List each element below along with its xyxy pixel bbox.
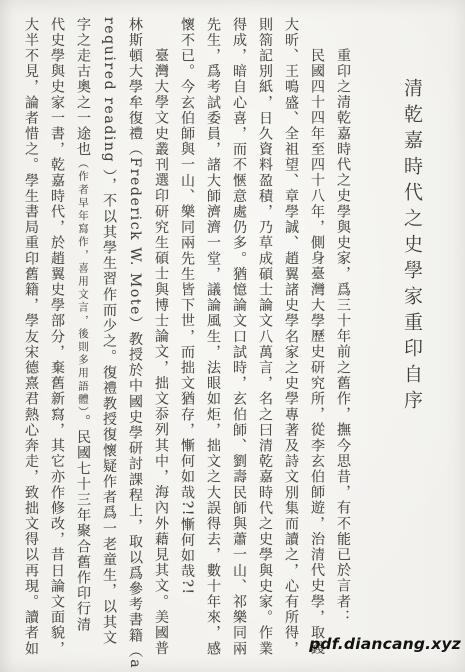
column-text: 得成，暗自心喜，而不愜意處仍多。猶憶論文口試時，玄伯師、劉壽民師與蕭一山、祁樂同… (231, 17, 247, 657)
text-column: 代史學與史家一書，乾嘉時代，於趙翼史學部分，棄舊新寫，其它亦作修改，昔日論文面貌… (44, 17, 70, 672)
column-text: 先生，爲考試委員，諸大師濟濟一堂，議論風生，法眼如炬，拙文之大誤得去，數十年來，… (205, 17, 221, 657)
text-column: 大半不見，論者惜之。學生書局重印舊籍，學友宋德熹君熱心奔走，致拙文得以再現。讀者… (18, 17, 44, 672)
column-text: 。民國七十三年聚合舊作印行清 (75, 414, 91, 632)
text-column: 懷不已。今玄伯師與一山、樂同兩先生皆下世，而拙文猶存，慚何如哉?!慚何如哉?! (174, 17, 200, 672)
column-text: 大半不見，論者惜之。學生書局重印舊籍，學友宋德熹君熱心奔走，致拙文得以再現。讀者… (23, 17, 39, 657)
column-text: 字之走古奧之一途也 (75, 17, 91, 157)
text-column: 林斯頓大學牟復禮（Frederick W. Mote）教授於中國史學研討課程上，… (122, 17, 148, 672)
watermark-text: pdf.diancang.xyz (309, 635, 461, 653)
inline-annotation: （作者早年寫作，喜用文言，後則多用語體） (77, 157, 89, 414)
column-text: 臺灣大學文史叢刊選印研究生碩士與博士論文，拙文忝列其中，海內外藉見其文。美國普 (153, 48, 169, 656)
text-column: 臺灣大學文史叢刊選印研究生碩士與博士論文，拙文忝列其中，海內外藉見其文。美國普 (148, 17, 174, 672)
text-column: 先生，爲考試委員，諸大師濟濟一堂，議論風生，法眼如炬，拙文之大誤得去，數十年來，… (200, 17, 226, 672)
column-text: 重印之清乾嘉時代之史學與史家，爲三十年前之舊作，撫今思昔，有不能已於言者： (335, 48, 351, 625)
column-text: required reading ），不以其學生習作而少之。復禮教授復懷疑作者爲… (101, 17, 117, 646)
text-column: 民國四十四年至四十八年，側身臺灣大學歷史研究所，從李玄伯師遊，治清代史學，取錢 (304, 17, 330, 672)
column-text: 大昕、王鳴盛、全祖望、章學誠、趙翼諸史學名家之史學專著及詩文別集而讀之，心有所得… (283, 17, 299, 657)
text-column: 重印之清乾嘉時代之史學與史家，爲三十年前之舊作，撫今思昔，有不能已於言者： (330, 17, 356, 672)
text-column: 得成，暗自心喜，而不愜意處仍多。猶憶論文口試時，玄伯師、劉壽民師與蕭一山、祁樂同… (226, 17, 252, 672)
column-text: 民國四十四年至四十八年，側身臺灣大學歷史研究所，從李玄伯師遊，治清代史學，取錢 (309, 48, 325, 656)
column-text: 懷不已。今玄伯師與一山、樂同兩先生皆下世，而拙文猶存，慚何如哉?!慚何如哉?! (179, 17, 195, 596)
text-column: 則箚記別紙，日久資料盈積，乃草成碩士論文八萬言，名之曰清乾嘉時代之史學與史家。作… (252, 17, 278, 672)
scanned-book-page: 清乾嘉時代之史學家重印自序 重印之清乾嘉時代之史學與史家，爲三十年前之舊作，撫今… (0, 0, 465, 672)
page-title: 清乾嘉時代之史學家重印自序 (398, 17, 425, 672)
column-text: 代史學與史家一書，乾嘉時代，於趙翼史學部分，棄舊新寫，其它亦作修改，昔日論文面貌… (49, 17, 65, 657)
column-text: 則箚記別紙，日久資料盈積，乃草成碩士論文八萬言，名之曰清乾嘉時代之史學與史家。作… (257, 17, 273, 657)
text-block: 清乾嘉時代之史學家重印自序 重印之清乾嘉時代之史學與史家，爲三十年前之舊作，撫今… (0, 0, 465, 672)
text-column: required reading ），不以其學生習作而少之。復禮教授復懷疑作者爲… (96, 17, 122, 672)
text-column: 字之走古奧之一途也（作者早年寫作，喜用文言，後則多用語體）。民國七十三年聚合舊作… (70, 17, 96, 672)
text-column: 大昕、王鳴盛、全祖望、章學誠、趙翼諸史學名家之史學專著及詩文別集而讀之，心有所得… (278, 17, 304, 672)
column-text: 林斯頓大學牟復禮（Frederick W. Mote）教授於中國史學研討課程上，… (127, 17, 143, 669)
